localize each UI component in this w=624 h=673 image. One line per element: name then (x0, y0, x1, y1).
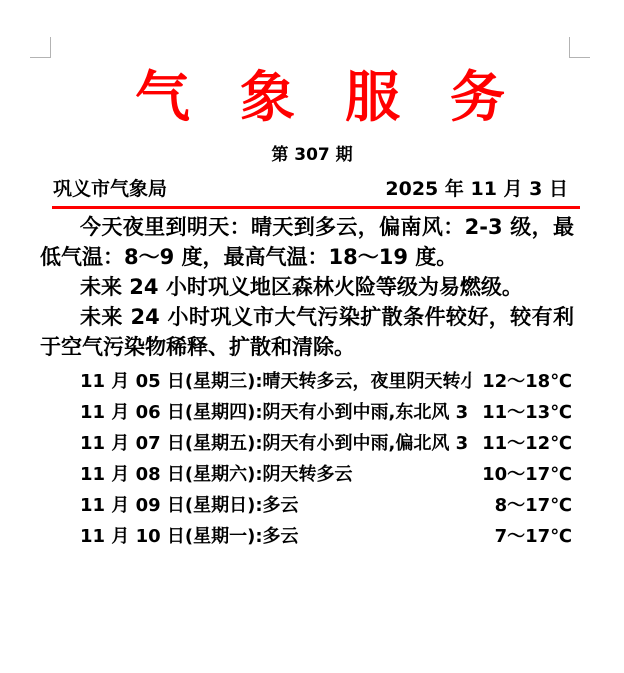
issue-number: 第 307 期 (0, 143, 624, 167)
forecast-day-text: 11 月 09 日(星期日):多云 (80, 491, 299, 521)
weather-bulletin-page: 气象服务 第 307 期 巩义市气象局 2025 年 11 月 3 日 今天夜里… (0, 0, 624, 673)
forecast-row: 11 月 10 日(星期一):多云 7～17℃ (40, 521, 574, 552)
page-title: 气象服务 (0, 66, 624, 128)
document-body: 今天夜里到明天：晴天到多云，偏南风：2-3 级，最低气温：8～9 度，最高气温：… (40, 212, 574, 552)
forecast-day-text: 11 月 05 日(星期三):晴天转多云，夜里阴天转小雨 (80, 367, 472, 397)
issue-date: 2025 年 11 月 3 日 (385, 176, 568, 202)
forecast-day-text: 11 月 08 日(星期六):阴天转多云 (80, 460, 353, 490)
forecast-row: 11 月 08 日(星期六):阴天转多云 10～17℃ (40, 459, 574, 490)
forecast-temperature: 7～17℃ (485, 522, 572, 552)
header-divider-rule (52, 206, 580, 209)
forecast-row: 11 月 05 日(星期三):晴天转多云，夜里阴天转小雨 12～18℃ (40, 366, 574, 397)
forecast-row: 11 月 07 日(星期五):阴天有小到中雨,偏北风 3 级,阵风 5 级 11… (40, 428, 574, 459)
forecast-row: 11 月 06 日(星期四):阴天有小到中雨,东北风 3 级,阵风 5 级 11… (40, 397, 574, 428)
forecast-day-text: 11 月 06 日(星期四):阴天有小到中雨,东北风 3 级,阵风 5 级 (80, 398, 472, 428)
forecast-temperature: 10～17℃ (472, 460, 572, 490)
forecast-row: 11 月 09 日(星期日):多云 8～17℃ (40, 490, 574, 521)
forecast-temperature: 12～18℃ (472, 367, 572, 397)
agency-date-row: 巩义市气象局 2025 年 11 月 3 日 (53, 176, 568, 202)
paragraph-air-pollution-dispersion: 未来 24 小时巩义市大气污染扩散条件较好，较有利于空气污染物稀释、扩散和清除。 (40, 302, 574, 362)
forecast-temperature: 11～12℃ (472, 429, 572, 459)
agency-name: 巩义市气象局 (53, 176, 167, 202)
page-margin-corner-mark-top-right (569, 37, 590, 58)
forecast-temperature: 11～13℃ (472, 398, 572, 428)
forecast-day-text: 11 月 10 日(星期一):多云 (80, 522, 299, 552)
paragraph-today-forecast: 今天夜里到明天：晴天到多云，偏南风：2-3 级，最低气温：8～9 度，最高气温：… (40, 212, 574, 272)
paragraph-forest-fire-risk: 未来 24 小时巩义地区森林火险等级为易燃级。 (40, 272, 574, 302)
page-margin-corner-mark-top-left (30, 37, 51, 58)
forecast-day-text: 11 月 07 日(星期五):阴天有小到中雨,偏北风 3 级,阵风 5 级 (80, 429, 472, 459)
daily-forecast-list: 11 月 05 日(星期三):晴天转多云，夜里阴天转小雨 12～18℃ 11 月… (40, 366, 574, 552)
forecast-temperature: 8～17℃ (485, 491, 572, 521)
